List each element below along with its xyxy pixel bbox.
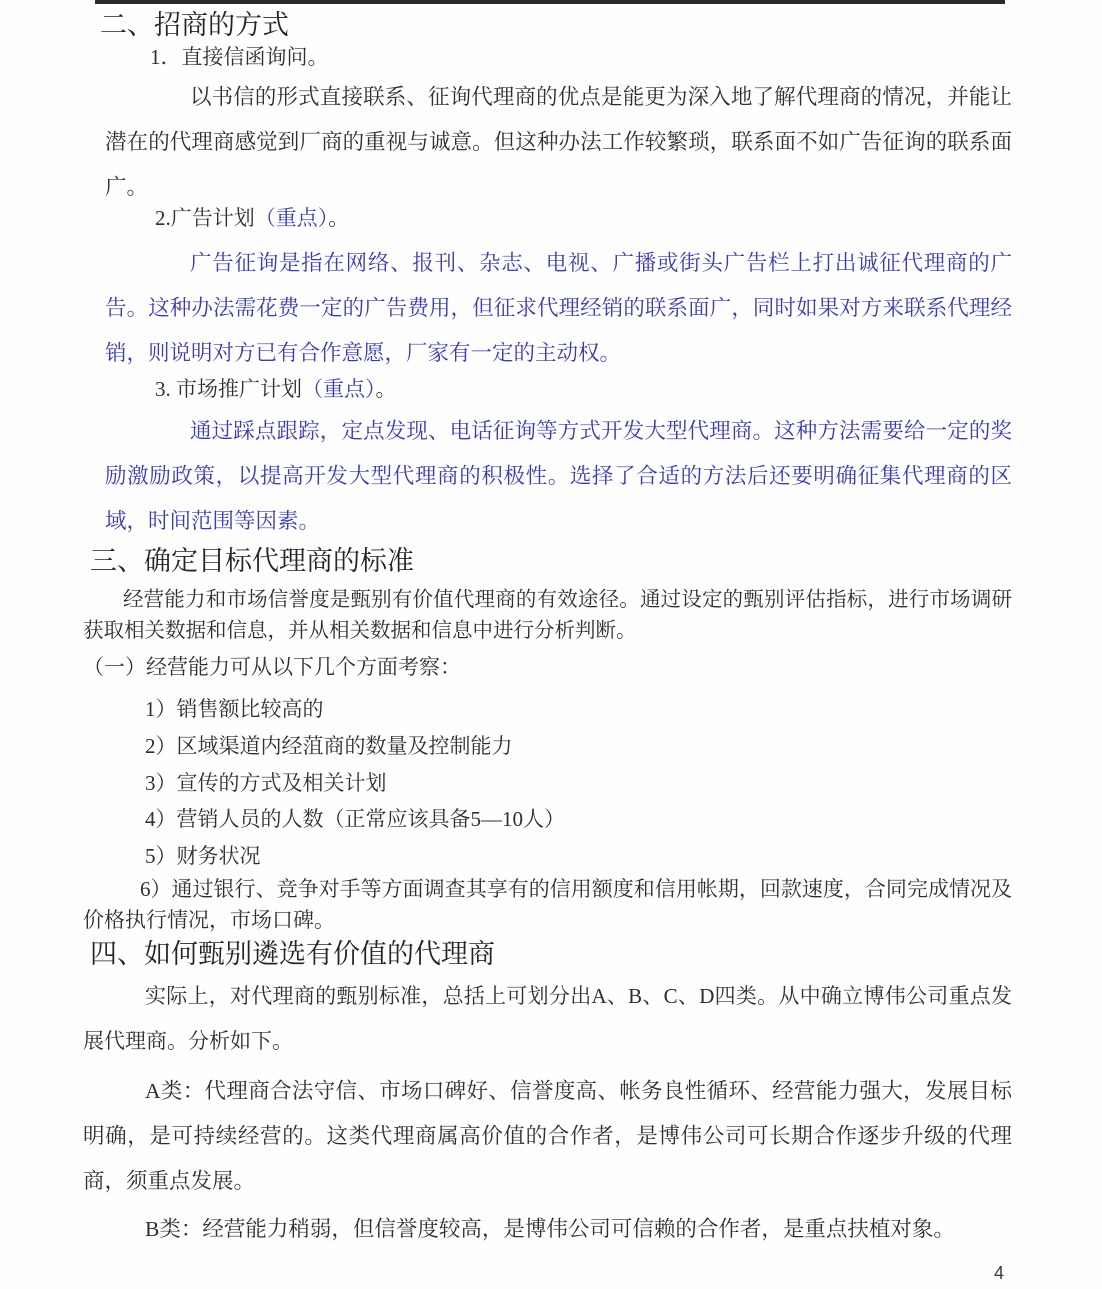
page-number: 4 bbox=[83, 1263, 1012, 1284]
section-2-item-3-body: 通过踩点跟踪，定点发现、电话征询等方式开发大型代理商。这种方法需要给一定的奖励激… bbox=[105, 409, 1012, 544]
section-2-item-2-body: 广告征询是指在网络、报刊、杂志、电视、广播或街头广告栏上打出诚征代理商的广告。这… bbox=[105, 241, 1012, 376]
section-4-heading: 四、如何甄别遴选有价值的代理商 bbox=[90, 937, 1012, 971]
section-2-item-1-body: 以书信的形式直接联系、征询代理商的优点是能更为深入地了解代理商的情况，并能让潜在… bbox=[105, 75, 1012, 210]
criterion-4: 4）营销人员的人数（正常应该具备5—10人） bbox=[145, 807, 1012, 832]
document-page: 二、招商的方式 1．直接信函询问。 以书信的形式直接联系、征询代理商的优点是能更… bbox=[0, 0, 1102, 1289]
section-3-intro: 经营能力和市场信誉度是甄别有价值代理商的有效途径。通过设定的甄别评估指标，进行市… bbox=[83, 585, 1012, 647]
section-2-item-2-heading: 2.广告计划（重点）。 bbox=[155, 205, 1012, 231]
class-b-paragraph: B类：经营能力稍弱，但信誉度较高，是博伟公司可信赖的合作者，是重点扶植对象。 bbox=[83, 1207, 1012, 1252]
item-2-period: 。 bbox=[328, 206, 349, 230]
section-4-intro: 实际上，对代理商的甄别标准，总括上可划分出A、B、C、D四类。从中确立博伟公司重… bbox=[83, 974, 1012, 1064]
item-2-emphasis: （重点） bbox=[255, 206, 329, 230]
item-2-label: 2.广告计划 bbox=[155, 206, 255, 230]
section-2-item-3-heading: 3. 市场推广计划（重点）。 bbox=[155, 376, 1012, 402]
criterion-6: 6）通过银行、竞争对手等方面调查其享有的信用额度和信用帐期，回款速度，合同完成情… bbox=[83, 874, 1012, 936]
item-3-emphasis: （重点） bbox=[302, 377, 376, 401]
item-3-period: 。 bbox=[376, 377, 397, 401]
criterion-2: 2）区域渠道内经菹商的数量及控制能力 bbox=[145, 734, 1012, 759]
scan-artifact-top-border bbox=[95, 0, 1005, 4]
item-3-label: 3. 市场推广计划 bbox=[155, 377, 302, 401]
criterion-5: 5）财务状况 bbox=[145, 844, 1012, 869]
section-3-heading: 三、确定目标代理商的标准 bbox=[90, 544, 1012, 578]
section-3-sub-heading: （一）经营能力可从以下几个方面考察： bbox=[83, 654, 1012, 680]
criterion-3: 3）宣传的方式及相关计划 bbox=[145, 771, 1012, 796]
section-2-item-1-heading: 1．直接信函询问。 bbox=[150, 44, 1012, 70]
class-a-paragraph: A类：代理商合法守信、市场口碑好、信誉度高、帐务良性循环、经营能力强大，发展目标… bbox=[83, 1069, 1012, 1204]
criterion-1: 1）销售额比较高的 bbox=[145, 697, 1012, 722]
section-2-heading: 二、招商的方式 bbox=[100, 8, 1012, 42]
